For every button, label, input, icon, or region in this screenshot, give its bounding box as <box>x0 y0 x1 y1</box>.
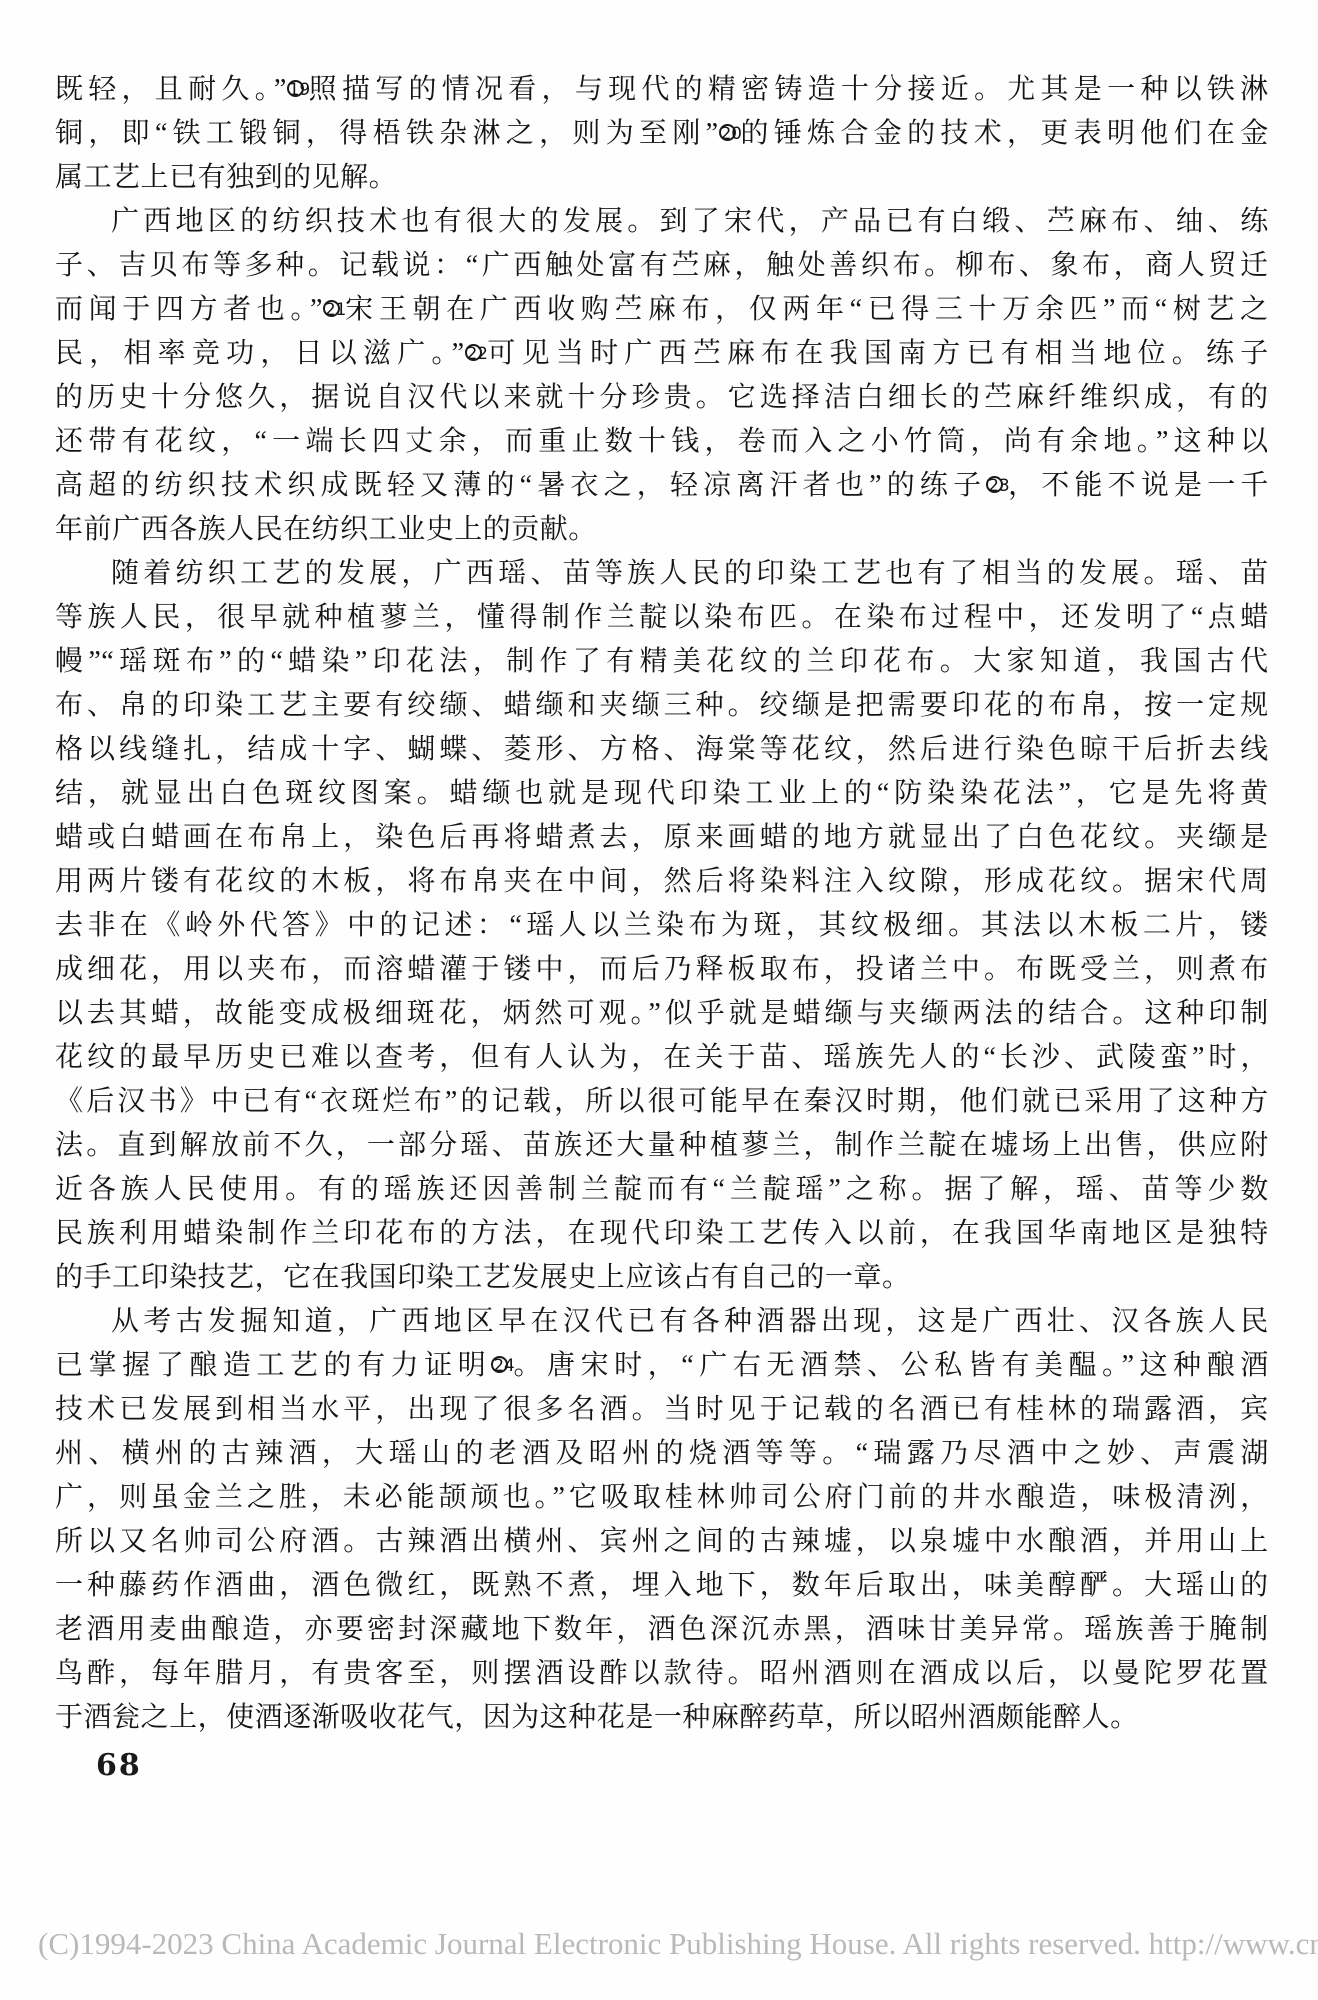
text-line: 随着纺织工艺的发展，广西瑶、苗等族人民的印染工艺也有了相当的发展。瑶、苗 <box>55 552 1269 596</box>
text-line: 州、横州的古辣酒，大瑶山的老酒及昭州的烧酒等等。“瑞露乃尽酒中之妙、声震湖 <box>55 1432 1269 1476</box>
text-line: 结，就显出白色斑纹图案。蜡缬也就是现代印染工业上的“防染染花法”，它是先将黄 <box>55 772 1269 816</box>
text-line: 鸟酢，每年腊月，有贵客至，则摆酒设酢以款待。昭州酒则在酒成以后，以曼陀罗花置 <box>55 1652 1269 1696</box>
footnote-marker: 21 <box>323 300 340 317</box>
text-line: 铜，即“铁工锻铜，得梧铁杂淋之，则为至刚”20的锤炼合金的技术，更表明他们在金 <box>55 112 1269 156</box>
text-line: 技术已发展到相当水平，出现了很多名酒。当时见于记载的名酒已有桂林的瑞露酒，宾 <box>55 1388 1269 1432</box>
text-line: 格以线缝扎，结成十字、蝴蝶、菱形、方格、海棠等花纹，然后进行染色晾干后折去线 <box>55 728 1269 772</box>
footnote-marker: 23 <box>986 476 1003 493</box>
text-line: 属工艺上已有独到的见解。 <box>55 156 1269 200</box>
body-text: 既轻，且耐久。”19照描写的情况看，与现代的精密铸造十分接近。尤其是一种以铁淋铜… <box>55 68 1269 1740</box>
footnote-marker: 19 <box>287 80 304 97</box>
text-line: 的手工印染技艺，它在我国印染工艺发展史上应该占有自己的一章。 <box>55 1256 1269 1300</box>
text-line: 去非在《岭外代答》中的记述：“瑶人以兰染布为斑，其纹极细。其法以木板二片，镂 <box>55 904 1269 948</box>
text-line: 布、帛的印染工艺主要有绞缬、蜡缬和夹缬三种。绞缬是把需要印花的布帛，按一定规 <box>55 684 1269 728</box>
text-line: 而闻于四方者也。”21宋王朝在广西收购苎麻布，仅两年“已得三十万余匹”而“树艺之 <box>55 288 1269 332</box>
footnote-marker: 22 <box>465 344 482 361</box>
footnote-marker: 24 <box>491 1356 508 1373</box>
text-line: 幔”“瑶斑布”的“蜡染”印花法，制作了有精美花纹的兰印花布。大家知道，我国古代 <box>55 640 1269 684</box>
paragraph: 广西地区的纺织技术也有很大的发展。到了宋代，产品已有白缎、苎麻布、䌷、练子、吉贝… <box>55 200 1269 552</box>
text-line: 广西地区的纺织技术也有很大的发展。到了宋代，产品已有白缎、苎麻布、䌷、练 <box>55 200 1269 244</box>
text-line: 从考古发掘知道，广西地区早在汉代已有各种酒器出现，这是广西壮、汉各族人民 <box>55 1300 1269 1344</box>
text-line: 既轻，且耐久。”19照描写的情况看，与现代的精密铸造十分接近。尤其是一种以铁淋 <box>55 68 1269 112</box>
footnote-marker: 20 <box>719 124 736 141</box>
text-line: 等族人民，很早就种植蓼兰，懂得制作兰靛以染布匹。在染布过程中，还发明了“点蜡 <box>55 596 1269 640</box>
text-line: 还带有花纹，“一端长四丈余，而重止数十钱，卷而入之小竹筒，尚有余地。”这种以 <box>55 420 1269 464</box>
text-line: 的历史十分悠久，据说自汉代以来就十分珍贵。它选择洁白细长的苎麻纤维织成，有的 <box>55 376 1269 420</box>
text-line: 已掌握了酿造工艺的有力证明24。唐宋时，“广右无酒禁、公私皆有美醖。”这种酿酒 <box>55 1344 1269 1388</box>
text-line: 民族利用蜡染制作兰印花布的方法，在现代印染工艺传入以前，在我国华南地区是独特 <box>55 1212 1269 1256</box>
paragraph: 从考古发掘知道，广西地区早在汉代已有各种酒器出现，这是广西壮、汉各族人民已掌握了… <box>55 1300 1269 1740</box>
text-line: 成细花，用以夹布，而溶蜡灌于镂中，而后乃释板取布，投诸兰中。布既受兰，则煮布 <box>55 948 1269 992</box>
text-line: 于酒瓮之上，使酒逐渐吸收花气，因为这种花是一种麻醉药草，所以昭州酒颇能醉人。 <box>55 1696 1269 1740</box>
text-line: 广，则虽金兰之胜，未必能颉颃也。”它吸取桂林帅司公府门前的井水酿造，味极清洌， <box>55 1476 1269 1520</box>
text-line: 法。直到解放前不久，一部分瑶、苗族还大量种植蓼兰，制作兰靛在墟场上出售，供应附 <box>55 1124 1269 1168</box>
text-line: 所以又名帅司公府酒。古辣酒出横州、宾州之间的古辣墟，以泉墟中水酿酒，并用山上 <box>55 1520 1269 1564</box>
paragraph: 随着纺织工艺的发展，广西瑶、苗等族人民的印染工艺也有了相当的发展。瑶、苗等族人民… <box>55 552 1269 1300</box>
text-line: 老酒用麦曲酿造，亦要密封深藏地下数年，酒色深沉赤黑，酒味甘美异常。瑶族善于腌制 <box>55 1608 1269 1652</box>
document-page: 既轻，且耐久。”19照描写的情况看，与现代的精密铸造十分接近。尤其是一种以铁淋铜… <box>0 0 1318 2000</box>
text-line: 年前广西各族人民在纺织工业史上的贡献。 <box>55 508 1269 552</box>
footer-watermark: (C)1994-2023 China Academic Journal Elec… <box>38 1926 1318 1962</box>
text-line: 一种藤药作酒曲，酒色微红，既熟不煮，埋入地下，数年后取出，味美醇酽。大瑶山的 <box>55 1564 1269 1608</box>
text-line: 子、吉贝布等多种。记载说：“广西触处富有苎麻，触处善织布。柳布、象布，商人贸迁 <box>55 244 1269 288</box>
text-line: 《后汉书》中已有“衣斑烂布”的记载，所以很可能早在秦汉时期，他们就已采用了这种方 <box>55 1080 1269 1124</box>
text-line: 以去其蜡，故能变成极细斑花，炳然可观。”似乎就是蜡缬与夹缬两法的结合。这种印制 <box>55 992 1269 1036</box>
text-line: 高超的纺织技术织成既轻又薄的“暑衣之，轻凉离汗者也”的练子23，不能不说是一千 <box>55 464 1269 508</box>
paragraph: 既轻，且耐久。”19照描写的情况看，与现代的精密铸造十分接近。尤其是一种以铁淋铜… <box>55 68 1269 200</box>
text-line: 用两片镂有花纹的木板，将布帛夹在中间，然后将染料注入纹隙，形成花纹。据宋代周 <box>55 860 1269 904</box>
text-line: 民，相率竞功，日以滋广。”22可见当时广西苎麻布在我国南方已有相当地位。练子 <box>55 332 1269 376</box>
text-line: 近各族人民使用。有的瑶族还因善制兰靛而有“兰靛瑶”之称。据了解，瑶、苗等少数 <box>55 1168 1269 1212</box>
page-number: 68 <box>96 1748 142 1783</box>
text-line: 花纹的最早历史已难以查考，但有人认为，在关于苗、瑶族先人的“长沙、武陵蛮”时， <box>55 1036 1269 1080</box>
text-line: 蜡或白蜡画在布帛上，染色后再将蜡煮去，原来画蜡的地方就显出了白色花纹。夹缬是 <box>55 816 1269 860</box>
